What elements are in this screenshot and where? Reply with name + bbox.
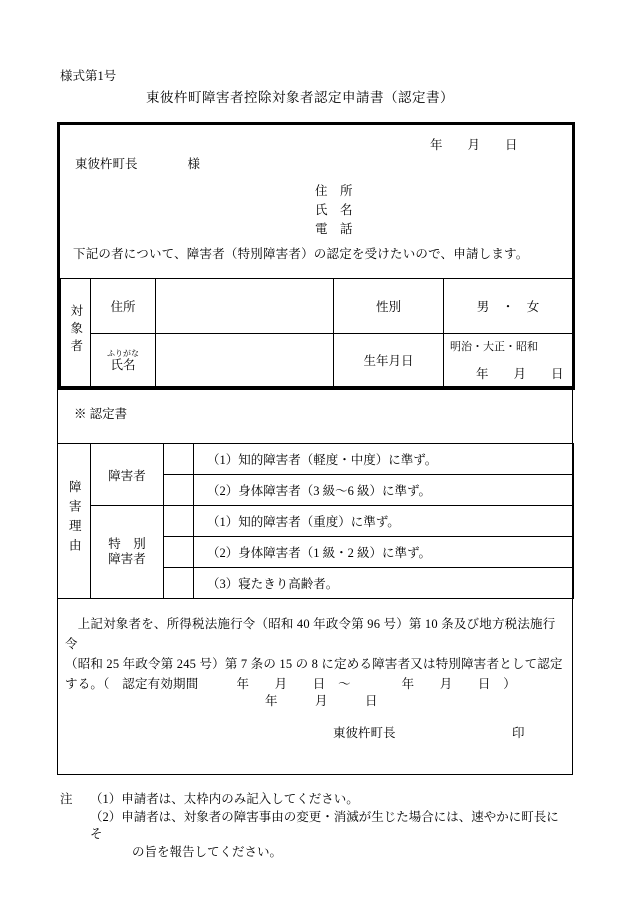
subject-birth-value-cell: 明治・大正・昭和 年 月 日 [444, 334, 573, 387]
subject-sex-label: 性別 [334, 279, 444, 334]
applicant-contact-block: 住 所 氏 名 電 話 [315, 182, 353, 239]
reason-check-cell [164, 506, 194, 537]
reason-row: 特 別 障害者 （1）知的障害者（重度）に準ず。 [58, 506, 574, 537]
applicant-address-label: 住 所 [315, 182, 353, 201]
disability-reason-table: 障害理由 障害者 （1）知的障害者（軽度・中度）に準ず。 （2）身体障害者（3 … [57, 443, 574, 599]
application-frame: 年 月 日 東彼杵町長 様 住 所 氏 名 電 話 下記の者について、障害者（特… [57, 122, 575, 390]
application-date-field: 年 月 日 [430, 135, 518, 153]
subject-name-value-cell [156, 334, 334, 387]
footnote-item-2: （2）申請者は、対象者の障害事由の変更・消滅が生じた場合には、速やかに町長にそ … [90, 809, 565, 862]
certification-statement: 上記対象者を、所得税法施行令（昭和 40 年政令第 96 号）第 10 条及び地… [65, 614, 567, 694]
special-category-label-cell: 特 別 障害者 [91, 506, 164, 599]
subject-birth-era: 明治・大正・昭和 [444, 334, 572, 354]
seal-mark: 印 [512, 723, 525, 741]
subject-name-label: 氏名 [91, 358, 155, 372]
subject-group-cell: 対象者 [61, 279, 91, 387]
applicant-phone-label: 電 話 [315, 220, 353, 239]
subject-name-label-cell: ふりがな 氏名 [91, 334, 156, 387]
subject-group-label: 対象者 [69, 304, 82, 357]
reason-description: （1）知的障害者（軽度・中度）に準ず。 [194, 444, 574, 475]
form-number: 様式第1号 [60, 66, 116, 84]
subject-address-value-cell [156, 279, 334, 334]
statement-line: （昭和 25 年政令第 245 号）第 7 条の 15 の 8 に定める障害者又… [65, 654, 567, 674]
special-category-label-line2: 障害者 [108, 552, 146, 566]
request-sentence: 下記の者について、障害者（特別障害者）の認定を受けたいので、申請します。 [73, 244, 528, 262]
certificate-heading: ※ 認定書 [74, 404, 127, 422]
subject-name-row: ふりがな 氏名 生年月日 明治・大正・昭和 年 月 日 [61, 334, 573, 387]
reason-description: （3）寝たきり高齢者。 [194, 568, 574, 599]
statement-line: 上記対象者を、所得税法施行令（昭和 40 年政令第 96 号）第 10 条及び地… [65, 614, 567, 654]
reason-check-cell [164, 568, 194, 599]
subject-table: 対象者 住所 性別 男 ・ 女 ふりがな 氏名 生年月日 明治・大正・昭和 年 … [60, 278, 573, 387]
reason-check-cell [164, 475, 194, 506]
footnotes: 注 （1）申請者は、太枠内のみ記入してください。 （2）申請者は、対象者の障害事… [60, 791, 565, 861]
subject-birth-date-field: 年 月 日 [444, 354, 572, 382]
reason-row: 障害理由 障害者 （1）知的障害者（軽度・中度）に準ず。 [58, 444, 574, 475]
footnote-item-2-line1: （2）申請者は、対象者の障害事由の変更・消滅が生じた場合には、速やかに町長にそ [90, 809, 565, 844]
form-page: 様式第1号 東彼杵町障害者控除対象者認定申請書（認定書） 年 月 日 東彼杵町長… [0, 0, 630, 903]
reason-check-cell [164, 444, 194, 475]
certificate-section: ※ 認定書 障害理由 障害者 （1）知的障害者（軽度・中度）に準ず。 （2）身体… [57, 390, 573, 775]
footnote-item-1: （1）申請者は、太枠内のみ記入してください。 [90, 791, 565, 809]
footnote-label: 注 [60, 791, 73, 809]
subject-name-ruby: ふりがな [91, 349, 155, 358]
addressee-line: 東彼杵町長 様 [75, 154, 200, 172]
subject-address-label: 住所 [91, 279, 156, 334]
reason-check-cell [164, 537, 194, 568]
reason-description: （1）知的障害者（重度）に準ず。 [194, 506, 574, 537]
subject-birth-label: 生年月日 [334, 334, 444, 387]
footnote-item-2-line2: の旨を報告してください。 [132, 844, 565, 862]
reason-description: （2）身体障害者（1 級・2 級）に準ず。 [194, 537, 574, 568]
form-title: 東彼杵町障害者控除対象者認定申請書（認定書） [0, 86, 600, 106]
reason-group-label: 障害理由 [68, 480, 81, 558]
subject-sex-value: 男 ・ 女 [444, 279, 573, 334]
applicant-name-label: 氏 名 [315, 201, 353, 220]
disabled-category-label: 障害者 [91, 444, 164, 506]
reason-description: （2）身体障害者（3 級～6 級）に準ず。 [194, 475, 574, 506]
mayor-signature-label: 東彼杵町長 [333, 723, 396, 741]
subject-address-row: 対象者 住所 性別 男 ・ 女 [61, 279, 573, 334]
special-category-label-line1: 特 別 [108, 537, 146, 551]
certificate-date-field: 年 月 日 [265, 691, 378, 709]
reason-group-cell: 障害理由 [58, 444, 91, 599]
